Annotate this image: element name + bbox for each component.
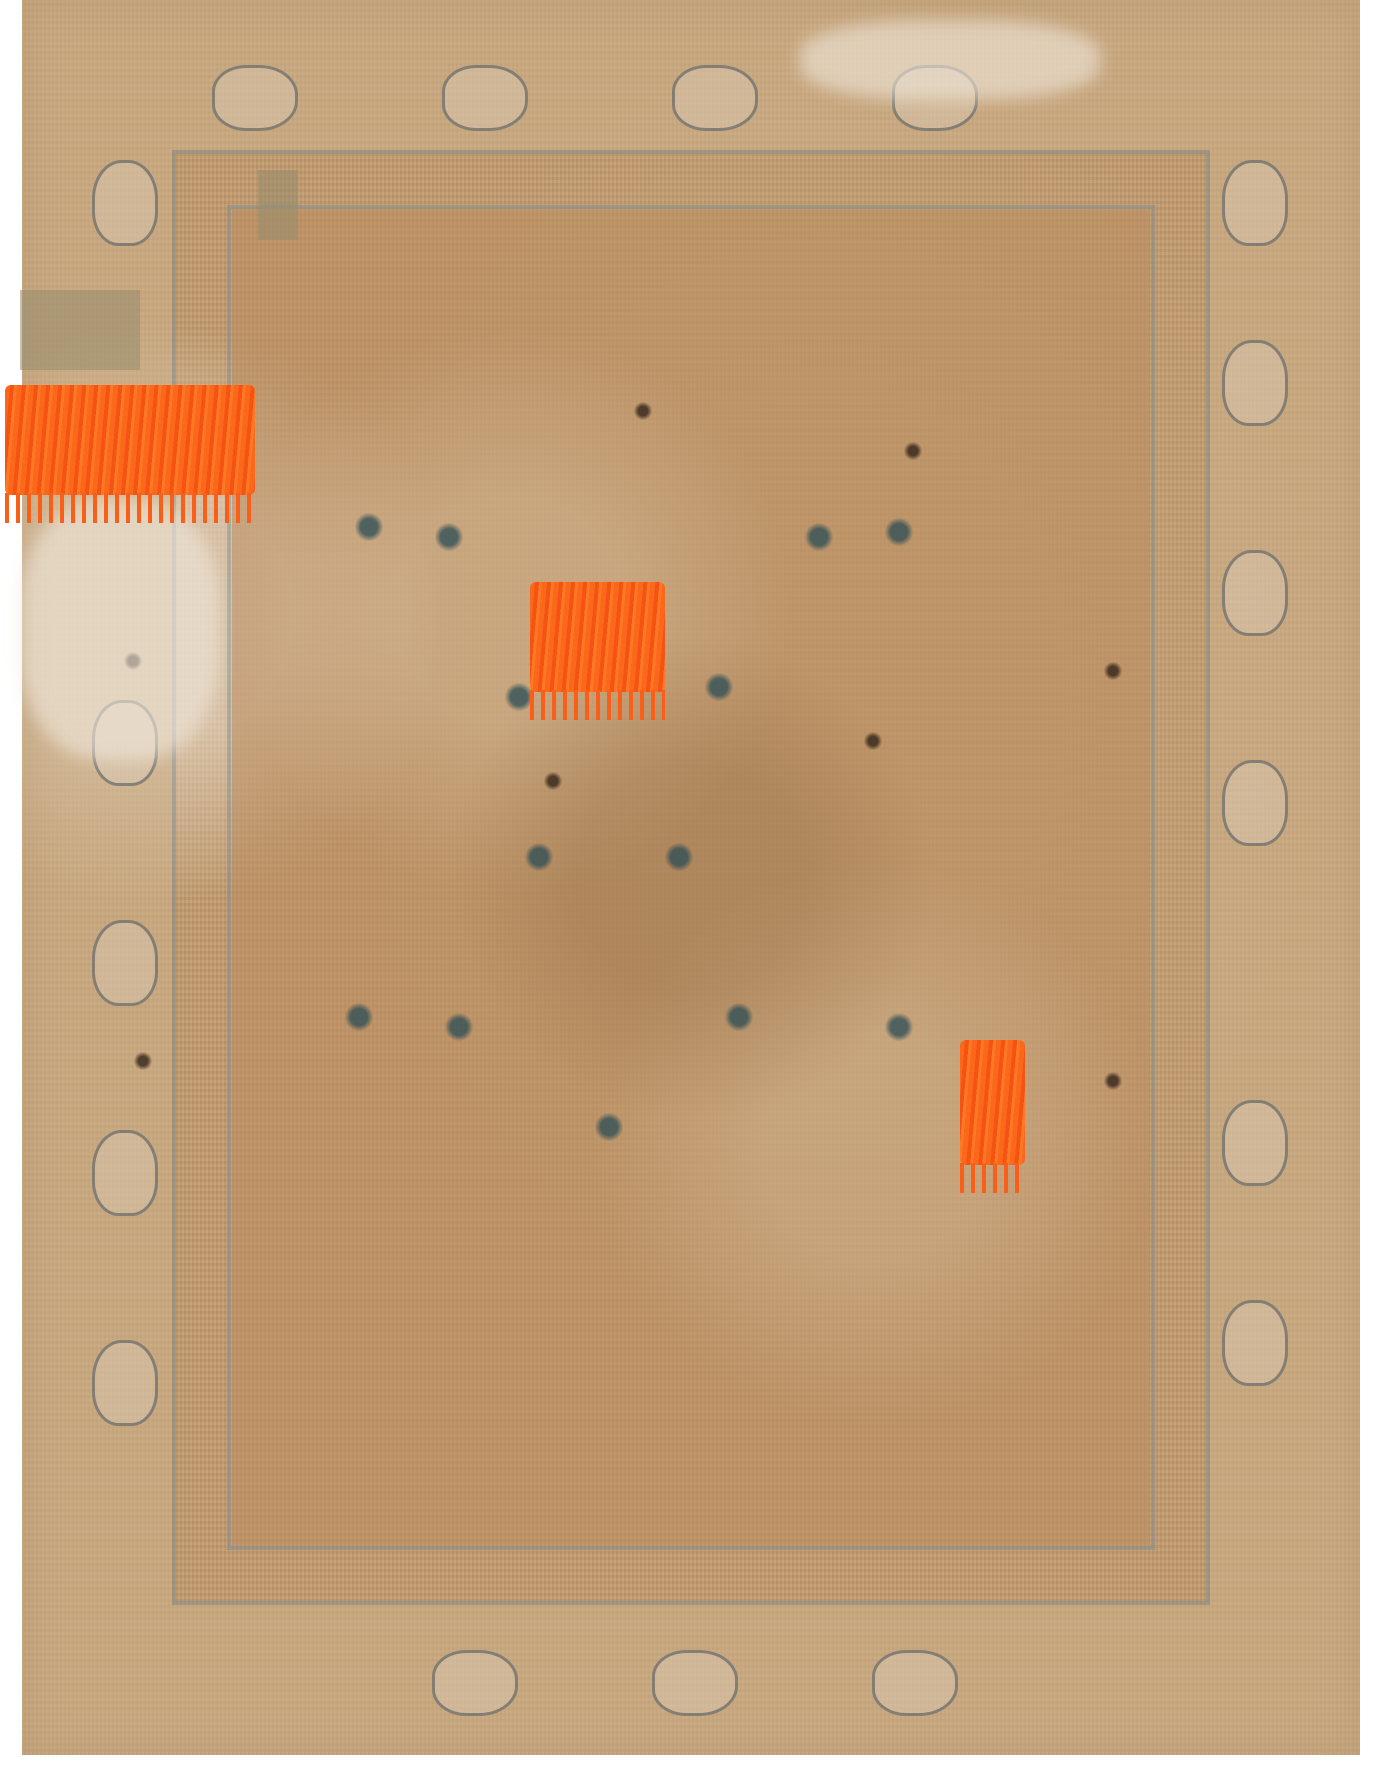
- repair-patch: [20, 290, 140, 370]
- border-palmette: [92, 160, 158, 246]
- border-palmette: [432, 1650, 518, 1716]
- border-palmette: [212, 65, 298, 131]
- field-motif-blue: [522, 840, 556, 874]
- border-palmette: [92, 920, 158, 1006]
- repair-patch: [258, 170, 298, 240]
- field-motif-blue: [722, 1000, 756, 1034]
- field-motif-dark: [862, 730, 884, 752]
- field-motif-blue: [592, 1110, 626, 1144]
- field-motif-blue: [342, 1000, 376, 1034]
- border-palmette: [1222, 550, 1288, 636]
- field-motif-dark: [132, 1050, 154, 1072]
- border-palmette: [1222, 160, 1288, 246]
- field-motif-dark: [632, 400, 654, 422]
- field-motif-dark: [1102, 660, 1124, 682]
- worn-area: [20, 500, 220, 760]
- rug-photo: [22, 0, 1360, 1755]
- orange-wool-patch-left: [5, 385, 255, 495]
- field-motif-dark: [542, 770, 564, 792]
- field-motif-blue: [662, 840, 696, 874]
- border-palmette: [872, 1650, 958, 1716]
- field-motif-blue: [702, 670, 736, 704]
- border-palmette: [1222, 340, 1288, 426]
- border-palmette: [92, 1130, 158, 1216]
- field-motif-blue: [442, 1010, 476, 1044]
- border-palmette: [1222, 1100, 1288, 1186]
- field-motif-blue: [882, 515, 916, 549]
- border-palmette: [1222, 760, 1288, 846]
- field-motif-dark: [902, 440, 924, 462]
- field-motif-blue: [882, 1010, 916, 1044]
- field-motif-blue: [432, 520, 466, 554]
- border-palmette: [92, 1340, 158, 1426]
- border-palmette: [652, 1650, 738, 1716]
- worn-area: [800, 20, 1100, 100]
- orange-wool-patch-center: [530, 582, 665, 692]
- orange-wool-patch-right: [960, 1040, 1025, 1165]
- field-motif-blue: [352, 510, 386, 544]
- border-palmette: [672, 65, 758, 131]
- border-palmette: [1222, 1300, 1288, 1386]
- field-motif-blue: [802, 520, 836, 554]
- border-palmette: [442, 65, 528, 131]
- rug-central-field: [232, 210, 1150, 1545]
- field-motif-dark: [1102, 1070, 1124, 1092]
